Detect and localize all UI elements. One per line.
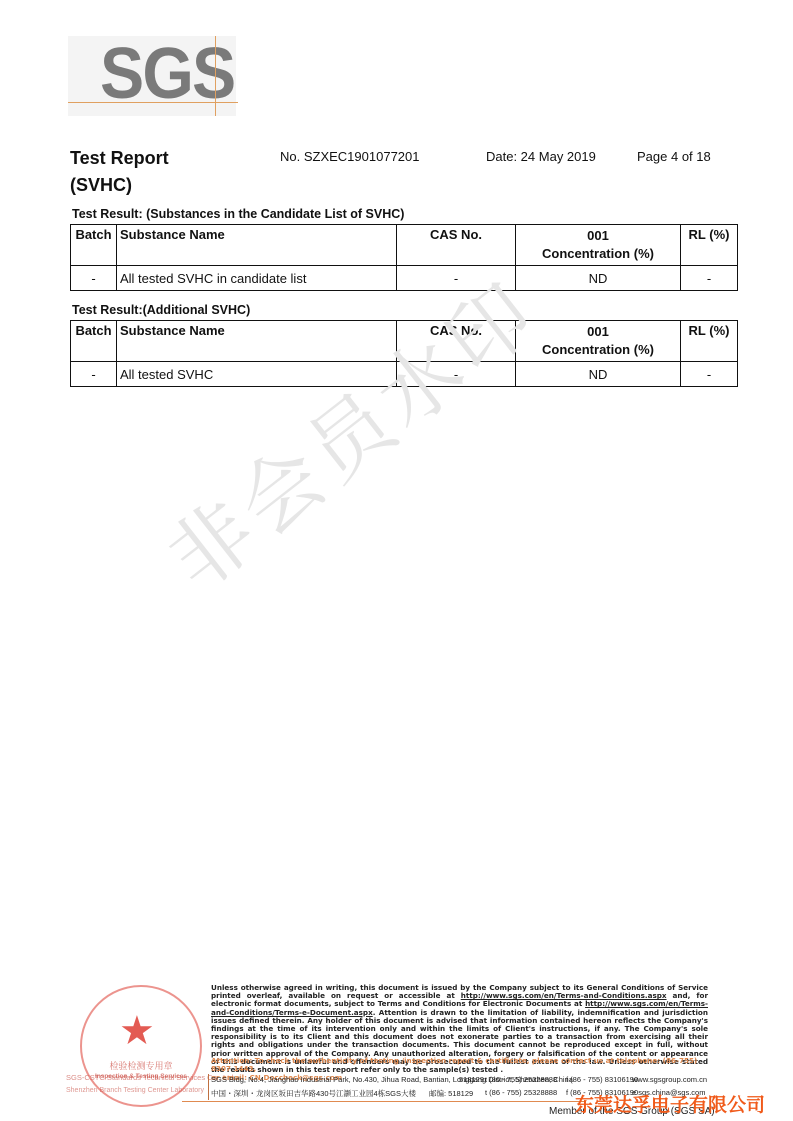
- report-title-line2: (SVHC): [70, 172, 169, 199]
- star-icon: ★: [119, 1011, 155, 1051]
- address-divider: [208, 1074, 209, 1100]
- col-substance-name: Substance Name: [117, 225, 397, 266]
- logo-horizontal-rule: [68, 102, 238, 103]
- col-sample-id: 001: [519, 323, 677, 341]
- authenticity-phone: Attention: To check the authenticity of …: [211, 1057, 711, 1074]
- section-title-candidate-list: Test Result: (Substances in the Candidat…: [72, 207, 404, 221]
- cell-concentration: ND: [516, 266, 681, 291]
- stamp-cn-text: 检验检测专用章: [82, 1059, 200, 1072]
- table-header-row: Batch Substance Name CAS No. 001 Concent…: [71, 321, 738, 362]
- col-rl: RL (%): [681, 321, 738, 362]
- address-cn: 中国・深圳・龙岗区坂田吉华路430号江灏工业园4栋SGS大楼: [211, 1089, 416, 1098]
- col-concentration-label: Concentration (%): [519, 245, 677, 263]
- fax-en: f (86 - 755) 83106190: [566, 1075, 638, 1084]
- cell-cas: -: [397, 266, 516, 291]
- cell-batch: -: [71, 362, 117, 387]
- website-link[interactable]: www.sgsgroup.com.cn: [632, 1075, 707, 1084]
- zip-cn: 邮编: 518129: [429, 1088, 473, 1099]
- phone-en: t (86 - 755) 25328888: [485, 1075, 557, 1084]
- table-row: - All tested SVHC - ND -: [71, 362, 738, 387]
- report-title: Test Report (SVHC): [70, 145, 169, 199]
- table-row: - All tested SVHC in candidate list - ND…: [71, 266, 738, 291]
- logo-vertical-rule: [215, 36, 216, 116]
- cell-rl: -: [681, 266, 738, 291]
- col-substance-name: Substance Name: [117, 321, 397, 362]
- table-header-row: Batch Substance Name CAS No. 001 Concent…: [71, 225, 738, 266]
- report-date: Date: 24 May 2019: [486, 149, 596, 164]
- cell-batch: -: [71, 266, 117, 291]
- address-row-en: SGS Bldg, No.4, Jianghao Industrial Park…: [211, 1075, 573, 1084]
- report-number: No. SZXEC1901077201: [280, 149, 419, 164]
- cell-substance: All tested SVHC in candidate list: [117, 266, 397, 291]
- col-batch: Batch: [71, 225, 117, 266]
- phone-cn: t (86 - 755) 25328888: [485, 1088, 557, 1097]
- col-rl: RL (%): [681, 225, 738, 266]
- zip-en: 518129: [459, 1075, 484, 1084]
- address-row-cn: 中国・深圳・龙岗区坂田吉华路430号江灏工业园4栋SGS大楼 邮编: 51812…: [211, 1088, 416, 1099]
- cell-rl: -: [681, 362, 738, 387]
- additional-svhc-table: Batch Substance Name CAS No. 001 Concent…: [70, 320, 738, 387]
- col-concentration: 001 Concentration (%): [516, 321, 681, 362]
- cell-substance: All tested SVHC: [117, 362, 397, 387]
- stamp-branch: Shenzhen Branch Testing Center Laborator…: [66, 1087, 204, 1094]
- report-title-line1: Test Report: [70, 145, 169, 172]
- section-title-additional-svhc: Test Result:(Additional SVHC): [72, 303, 250, 317]
- col-concentration: 001 Concentration (%): [516, 225, 681, 266]
- cell-concentration: ND: [516, 362, 681, 387]
- cell-cas: -: [397, 362, 516, 387]
- col-sample-id: 001: [519, 227, 677, 245]
- col-batch: Batch: [71, 321, 117, 362]
- col-cas-no: CAS No.: [397, 225, 516, 266]
- col-concentration-label: Concentration (%): [519, 341, 677, 359]
- footer-rule: [182, 1101, 586, 1102]
- candidate-list-table: Batch Substance Name CAS No. 001 Concent…: [70, 224, 738, 291]
- page-number: Page 4 of 18: [637, 149, 711, 164]
- company-brand-overlay: 东莞达孚电子有限公司: [575, 1090, 765, 1117]
- col-cas-no: CAS No.: [397, 321, 516, 362]
